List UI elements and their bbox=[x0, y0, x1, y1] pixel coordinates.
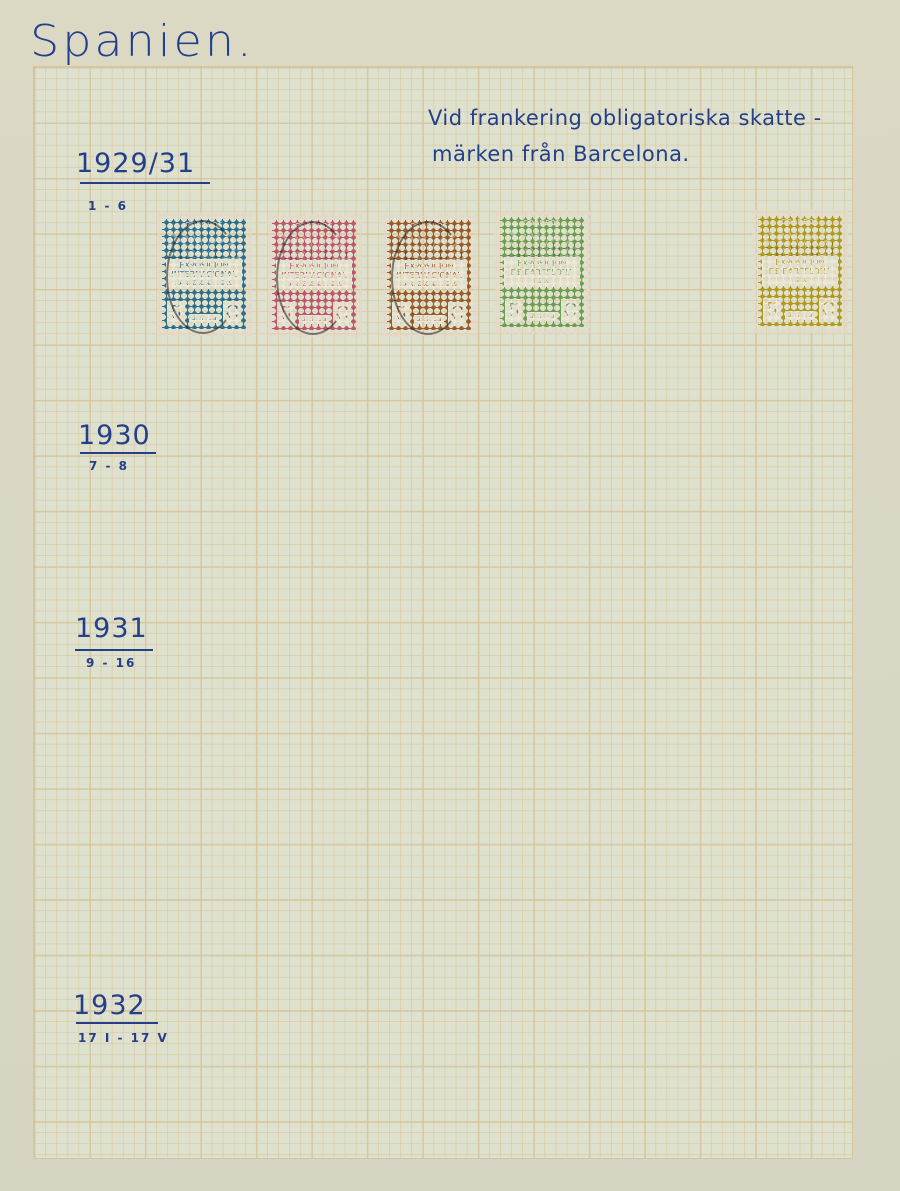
section-year-1929-31: 1929/31 bbox=[76, 148, 195, 179]
stamp-value: 5 bbox=[505, 299, 523, 323]
page-title: Spanien. bbox=[30, 15, 255, 66]
stamp-frame: CORREOS EXPOSICIONDE BARCELONA1930 5 Ser… bbox=[758, 216, 842, 326]
stamp: CORREOS EXPOSICIONINTERNACIONALBARCELONA… bbox=[156, 212, 252, 336]
stamp-currency: C bbox=[448, 302, 466, 326]
stamp-serie: Serie 6a bbox=[785, 311, 815, 320]
year-underline bbox=[76, 1022, 158, 1024]
stamp-serie: Serie 1a bbox=[189, 314, 219, 323]
stamp-currency: C bbox=[561, 299, 579, 323]
stamp-value: 5 bbox=[392, 302, 410, 326]
stamp-frame: CORREOS EXPOSICIONDE BARCELONA1930 5 Ser… bbox=[500, 217, 584, 327]
stamp-banner: EXPOSICIONINTERNACIONALBARCELONA 1929 bbox=[391, 260, 467, 290]
stamp-value: 5 bbox=[763, 298, 781, 322]
stamp-value: 5 bbox=[277, 302, 295, 326]
stamp: CORREOS EXPOSICIONINTERNACIONALBARCELONA… bbox=[266, 213, 362, 337]
section-year-1930: 1930 bbox=[78, 420, 151, 451]
stamp-currency: C bbox=[819, 298, 837, 322]
section-year-1931: 1931 bbox=[75, 613, 148, 644]
note-line-1: Vid frankering obligatoriska skatte - bbox=[428, 106, 822, 130]
stamp-header: CORREOS bbox=[272, 222, 356, 230]
stamp-currency: C bbox=[223, 301, 241, 325]
stamp-banner: EXPOSICIONDE BARCELONA1930 bbox=[762, 256, 838, 286]
stamp: CORREOS EXPOSICIONDE BARCELONA1930 5 Ser… bbox=[752, 209, 848, 333]
stamp: CORREOS EXPOSICIONDE BARCELONA1930 5 Ser… bbox=[494, 210, 590, 334]
section-year-1932: 1932 bbox=[73, 990, 146, 1021]
section-range: 9 - 16 bbox=[86, 656, 136, 670]
section-range: 7 - 8 bbox=[89, 459, 129, 473]
stamp-banner: EXPOSICIONINTERNACIONALBARCELONA 1929 bbox=[166, 259, 242, 289]
year-underline bbox=[75, 649, 153, 651]
stamp-frame: CORREOS EXPOSICIONINTERNACIONALBARCELONA… bbox=[162, 219, 246, 329]
stamp-header: CORREOS bbox=[500, 219, 584, 227]
stamp-serie: Serie 2a bbox=[299, 315, 329, 324]
stamp-frame: CORREOS EXPOSICIONINTERNACIONALBARCELONA… bbox=[387, 220, 471, 330]
stamp-currency: C bbox=[333, 302, 351, 326]
section-range: 17 I - 17 V bbox=[78, 1031, 169, 1045]
stamp-banner: EXPOSICIONINTERNACIONALBARCELONA 1929 bbox=[276, 260, 352, 290]
stamp-serie: Serie 3a bbox=[414, 315, 444, 324]
stamp-header: CORREOS bbox=[162, 221, 246, 229]
section-range: 1 - 6 bbox=[88, 199, 128, 213]
stamp-serie: Serie 4a bbox=[527, 312, 557, 321]
stamp-frame: CORREOS EXPOSICIONINTERNACIONALBARCELONA… bbox=[272, 220, 356, 330]
year-underline bbox=[80, 452, 156, 454]
note-line-2: märken från Barcelona. bbox=[432, 142, 690, 166]
year-underline bbox=[80, 182, 210, 184]
stamp-value: 5 bbox=[167, 301, 185, 325]
stamp-header: CORREOS bbox=[387, 222, 471, 230]
stamp: CORREOS EXPOSICIONINTERNACIONALBARCELONA… bbox=[381, 213, 477, 337]
stamp-header: CORREOS bbox=[758, 218, 842, 226]
stamp-banner: EXPOSICIONDE BARCELONA1930 bbox=[504, 257, 580, 287]
